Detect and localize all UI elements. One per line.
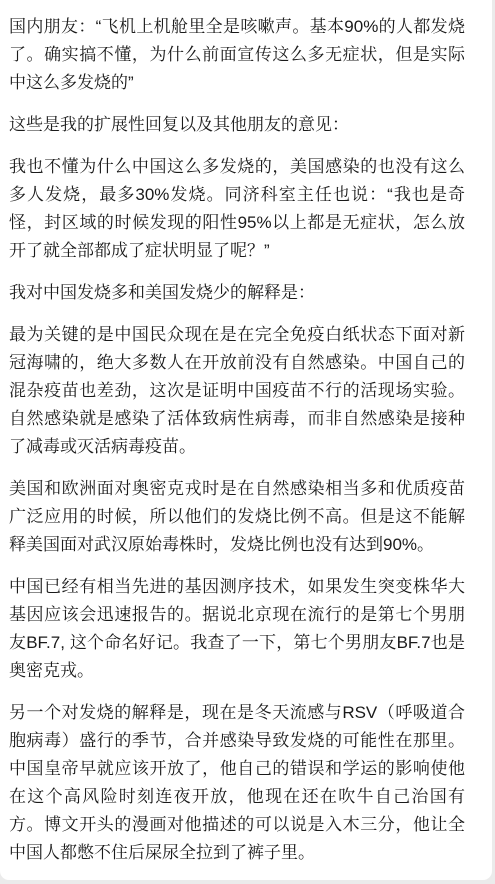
paragraph: 最为关键的是中国民众现在是在完全免疫白纸状态下面对新冠海啸的，绝大多数人在开放前… — [9, 321, 465, 461]
article-card: 国内朋友：“飞机上机舱里全是咳嗽声。基本90%的人都发烧了。确实搞不懂，为什么前… — [0, 0, 492, 880]
paragraph: 我也不懂为什么中国这么多发烧的，美国感染的也没有这么多人发烧，最多30%发烧。同… — [9, 153, 465, 265]
paragraph: 另一个对发烧的解释是，现在是冬天流感与RSV（呼吸道合胞病毒）盛行的季节，合并感… — [9, 699, 465, 867]
paragraph: 国内朋友：“飞机上机舱里全是咳嗽声。基本90%的人都发烧了。确实搞不懂，为什么前… — [9, 13, 465, 97]
paragraph: 这些是我的扩展性回复以及其他朋友的意见： — [9, 111, 465, 139]
paragraph: 我对中国发烧多和美国发烧少的解释是： — [9, 279, 465, 307]
paragraph: 美国和欧洲面对奥密克戎时是在自然感染相当多和优质疫苗广泛应用的时候，所以他们的发… — [9, 475, 465, 559]
paragraph: 中国已经有相当先进的基因测序技术，如果发生突变株华大基因应该会迅速报告的。据说北… — [9, 573, 465, 685]
